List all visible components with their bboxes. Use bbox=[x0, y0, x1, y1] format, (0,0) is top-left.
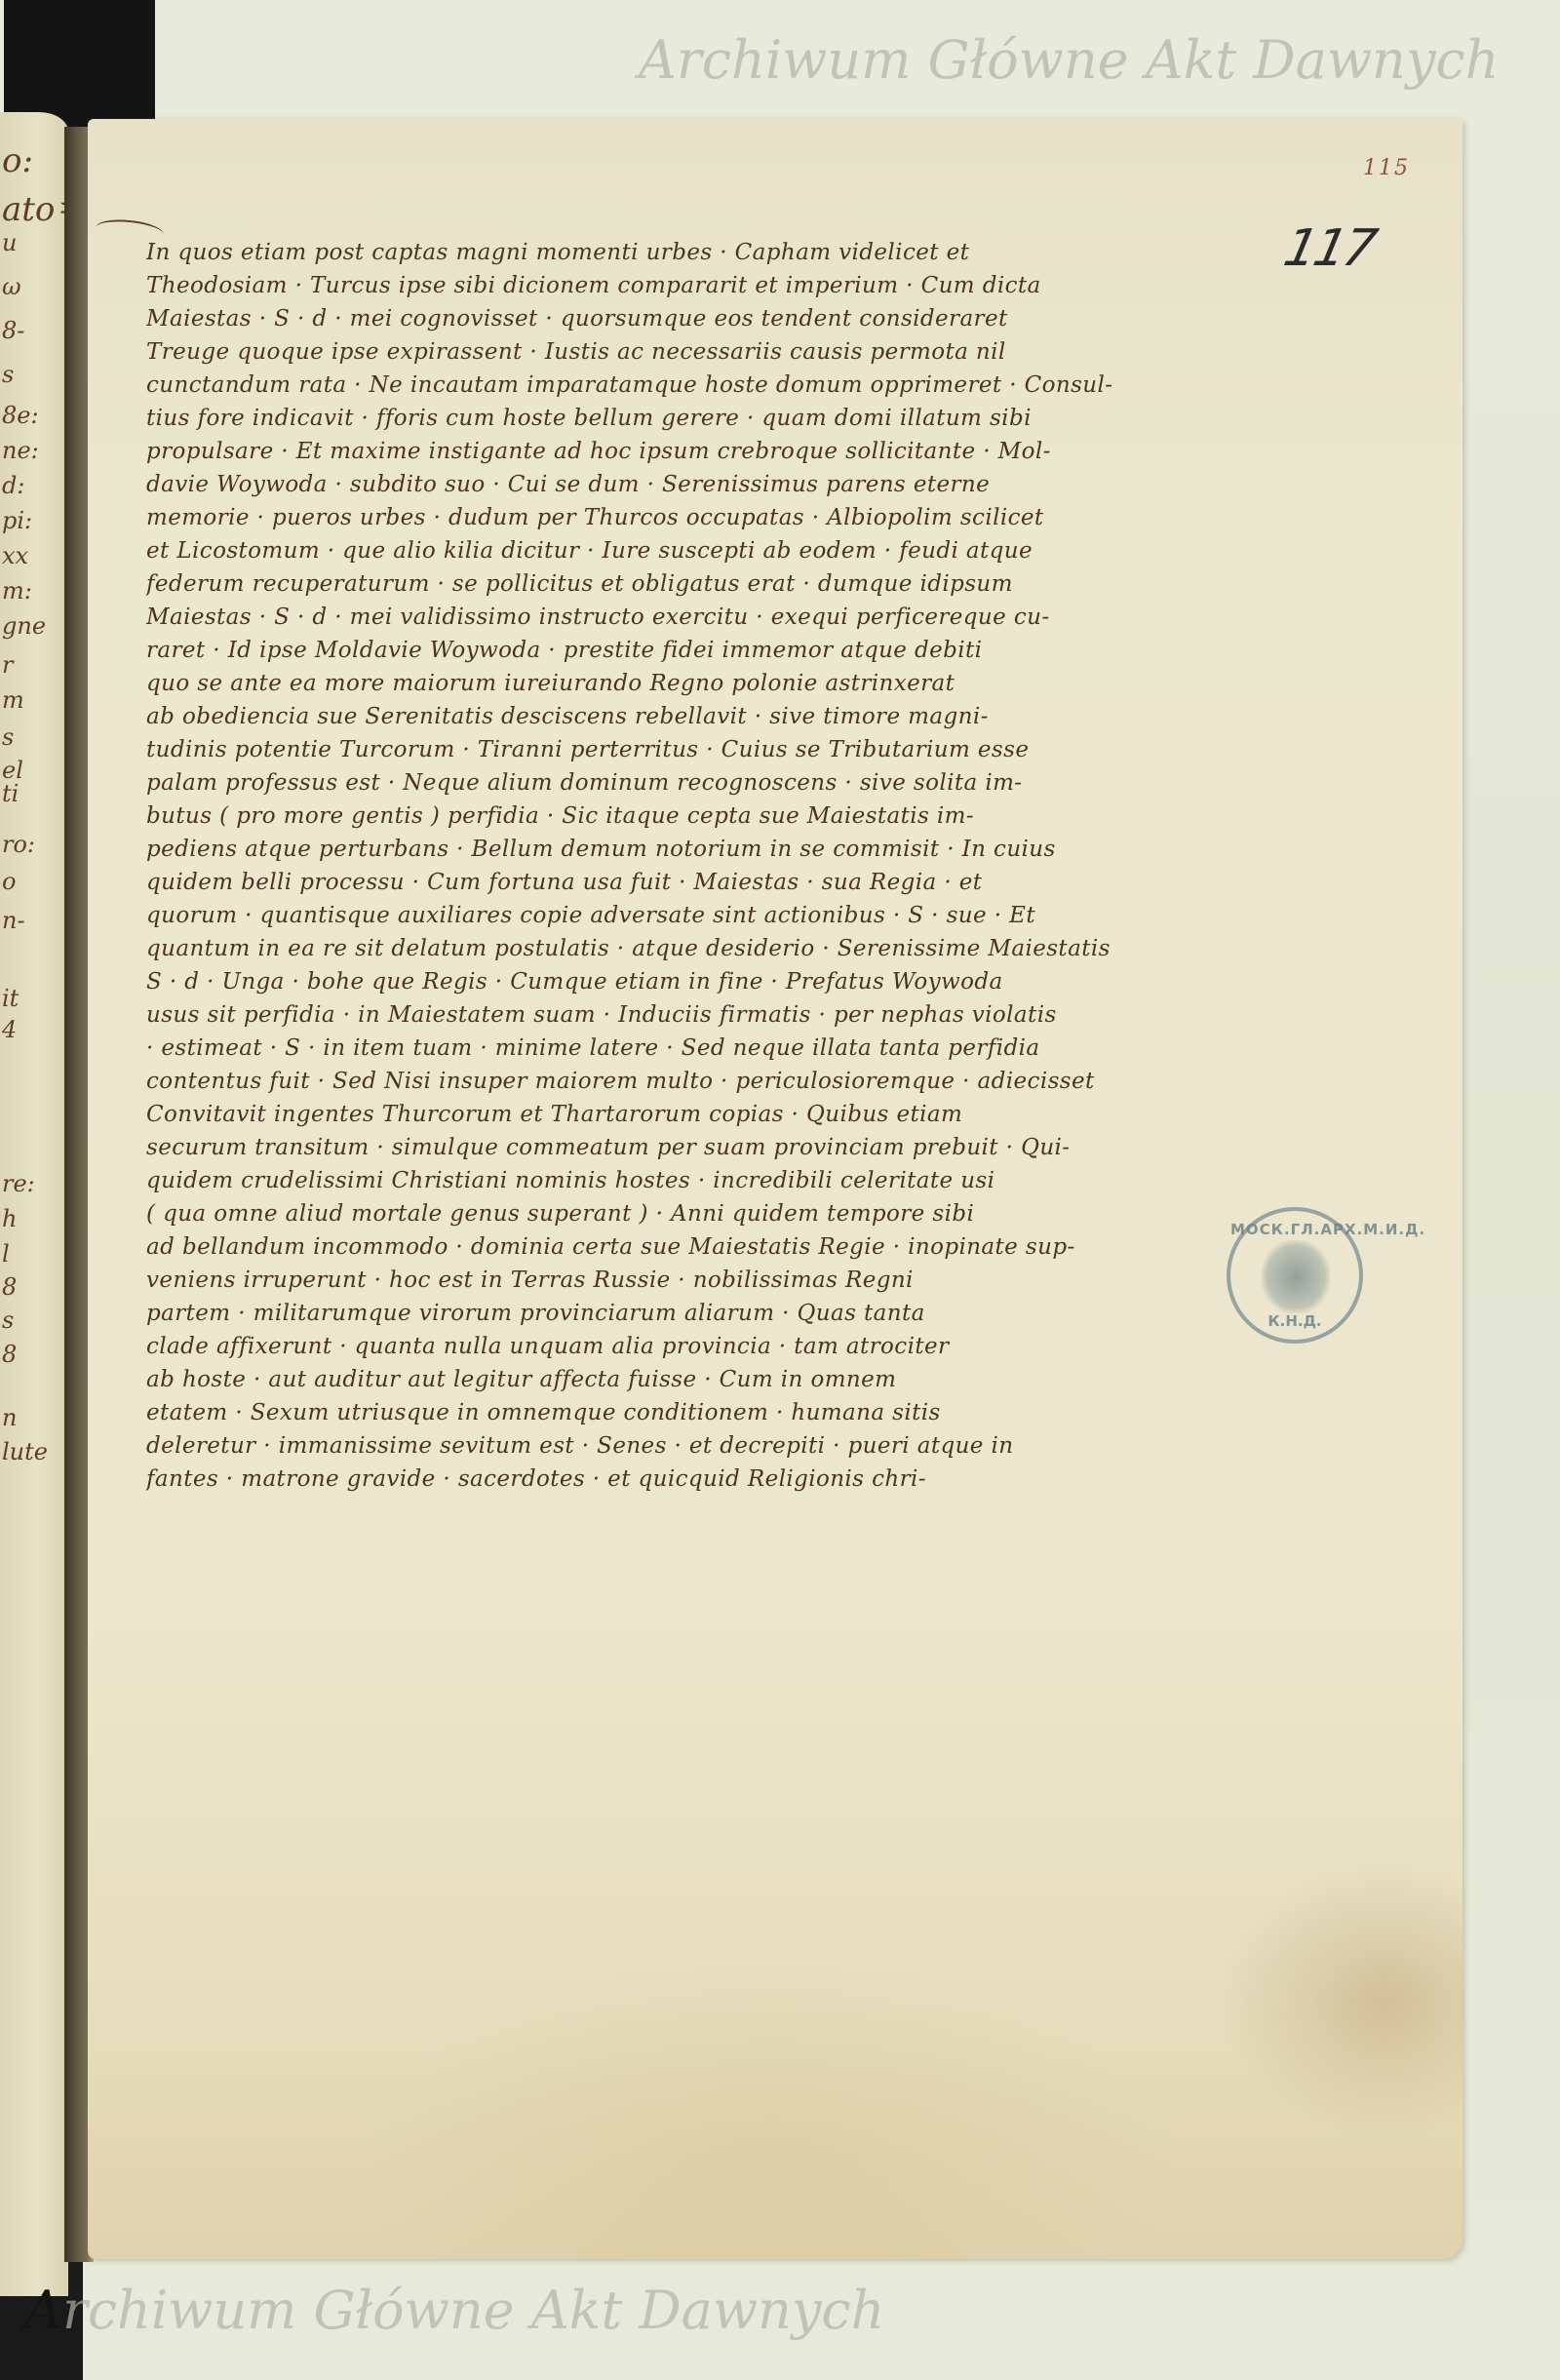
stamp-bottom-text: К.Н.Д. bbox=[1230, 1312, 1359, 1330]
margin-fragment: n bbox=[2, 1404, 17, 1431]
manuscript-line: veniens irruperunt · hoc est in Terras R… bbox=[146, 1264, 1180, 1297]
old-folio-number: 115 bbox=[1363, 156, 1410, 180]
margin-fragment: atoꝛ bbox=[2, 185, 71, 230]
manuscript-line: · estimeat · S · in item tuam · minime l… bbox=[146, 1032, 1180, 1065]
manuscript-line: fantes · matrone gravide · sacerdotes · … bbox=[146, 1463, 1180, 1496]
margin-fragment: o bbox=[2, 868, 16, 895]
manuscript-line: contentus fuit · Sed Nisi insuper maiore… bbox=[146, 1065, 1180, 1098]
manuscript-line: quo se ante ea more maiorum iureiurando … bbox=[146, 667, 1180, 700]
margin-fragment: 8 bbox=[2, 1341, 17, 1368]
manuscript-line: partem · militarumque virorum provinciar… bbox=[146, 1297, 1180, 1330]
manuscript-line: S · d · Unga · bohe que Regis · Cumque e… bbox=[146, 965, 1180, 998]
manuscript-line: Convitavit ingentes Thurcorum et Thartar… bbox=[146, 1098, 1180, 1131]
manuscript-line: Maiestas · S · d · mei validissimo instr… bbox=[146, 601, 1180, 634]
archive-watermark-bottom: Archiwum Główne Akt Dawnych bbox=[24, 2280, 884, 2341]
margin-fragment: s bbox=[2, 723, 14, 751]
manuscript-line: memorie · pueros urbes · dudum per Thurc… bbox=[146, 501, 1180, 534]
margin-fragment: m: bbox=[2, 577, 32, 605]
margin-fragment: ti bbox=[2, 780, 19, 807]
left-facing-page: o:atoꝛuω8-s8e:ne:d:pi:xxm:gnermseltiro:o… bbox=[0, 112, 68, 2296]
margin-fragment: gne bbox=[2, 612, 46, 640]
watermark-first-letter: A bbox=[24, 2280, 62, 2341]
watermark-rest: rchiwum Główne Akt Dawnych bbox=[62, 2280, 884, 2341]
manuscript-line: raret · Id ipse Moldavie Woywoda · prest… bbox=[146, 634, 1180, 667]
margin-fragment: s bbox=[2, 361, 14, 388]
margin-fragment: s bbox=[2, 1307, 14, 1334]
margin-fragment: o: bbox=[2, 141, 33, 180]
manuscript-line: butus ( pro more gentis ) perfidia · Sic… bbox=[146, 800, 1180, 833]
manuscript-line: Maiestas · S · d · mei cognovisset · quo… bbox=[146, 302, 1180, 335]
margin-fragment: 8e: bbox=[2, 402, 39, 429]
margin-fragment: d: bbox=[2, 472, 24, 499]
manuscript-line: quorum · quantisque auxiliares copie adv… bbox=[146, 899, 1180, 932]
new-folio-number: 117 bbox=[1279, 219, 1380, 278]
margin-fragment: ne: bbox=[2, 437, 39, 464]
manuscript-line: cunctandum rata · Ne incautam imparatamq… bbox=[146, 369, 1180, 402]
manuscript-line: ab obediencia sue Serenitatis desciscens… bbox=[146, 700, 1180, 733]
manuscript-line: quidem belli processu · Cum fortuna usa … bbox=[146, 866, 1180, 899]
margin-fragment: it bbox=[2, 985, 19, 1012]
manuscript-line: federum recuperaturum · se pollicitus et… bbox=[146, 567, 1180, 601]
margin-fragment: h bbox=[2, 1205, 17, 1232]
manuscript-line: tius fore indicavit · fforis cum hoste b… bbox=[146, 402, 1180, 435]
manuscript-line: usus sit perfidia · in Maiestatem suam ·… bbox=[146, 998, 1180, 1032]
margin-fragment: m bbox=[2, 686, 24, 714]
margin-fragment: xx bbox=[2, 542, 28, 569]
manuscript-line: propulsare · Et maxime instigante ad hoc… bbox=[146, 435, 1180, 468]
manuscript-line: ad bellandum incommodo · dominia certa s… bbox=[146, 1230, 1180, 1264]
manuscript-line: quantum in ea re sit delatum postulatis … bbox=[146, 932, 1180, 965]
margin-fragment: ro: bbox=[2, 831, 35, 858]
margin-fragment: r bbox=[2, 651, 13, 679]
margin-fragment: l bbox=[2, 1240, 10, 1268]
margin-fragment: re: bbox=[2, 1170, 35, 1197]
manuscript-line: tudinis potentie Turcorum · Tiranni pert… bbox=[146, 733, 1180, 766]
eagle-emblem-icon bbox=[1262, 1240, 1330, 1313]
manuscript-line: clade affixerunt · quanta nulla unquam a… bbox=[146, 1330, 1180, 1363]
margin-fragment: lute bbox=[2, 1438, 48, 1465]
margin-fragment: pi: bbox=[2, 507, 32, 534]
archive-watermark-top: Archiwum Główne Akt Dawnych bbox=[639, 29, 1499, 91]
manuscript-line: davie Woywoda · subdito suo · Cui se dum… bbox=[146, 468, 1180, 501]
manuscript-line: Treuge quoque ipse expirassent · Iustis … bbox=[146, 335, 1180, 369]
manuscript-line: ab hoste · aut auditur aut legitur affec… bbox=[146, 1363, 1180, 1396]
left-page-margin-text: o:atoꝛuω8-s8e:ne:d:pi:xxm:gnermseltiro:o… bbox=[0, 112, 68, 2296]
margin-fragment: 8- bbox=[2, 317, 24, 344]
manuscript-line: deleretur · immanissime sevitum est · Se… bbox=[146, 1429, 1180, 1463]
margin-fragment: 8 bbox=[2, 1273, 17, 1301]
margin-fragment: 4 bbox=[2, 1016, 17, 1043]
manuscript-line: palam professus est · Neque alium dominu… bbox=[146, 766, 1180, 800]
manuscript-line: quidem crudelissimi Christiani nominis h… bbox=[146, 1164, 1180, 1197]
manuscript-line: securum transitum · simulque commeatum p… bbox=[146, 1131, 1180, 1164]
manuscript-line: et Licostomum · que alio kilia dicitur ·… bbox=[146, 534, 1180, 567]
manuscript-line: In quos etiam post captas magni momenti … bbox=[146, 236, 1180, 269]
margin-fragment: u bbox=[2, 229, 17, 256]
archive-stamp-icon: МОСК.ГЛ.АРХ.М.И.Д. К.Н.Д. bbox=[1227, 1207, 1363, 1344]
manuscript-line: ( qua omne aliud mortale genus superant … bbox=[146, 1197, 1180, 1230]
manuscript-text-block: In quos etiam post captas magni momenti … bbox=[146, 236, 1180, 1496]
stamp-top-text: МОСК.ГЛ.АРХ.М.И.Д. bbox=[1230, 1221, 1359, 1238]
margin-fragment: ω bbox=[2, 273, 21, 300]
manuscript-line: etatem · Sexum utriusque in omnemque con… bbox=[146, 1396, 1180, 1429]
margin-fragment: n- bbox=[2, 907, 25, 934]
manuscript-line: pediens atque perturbans · Bellum demum … bbox=[146, 833, 1180, 866]
manuscript-line: Theodosiam · Turcus ipse sibi dicionem c… bbox=[146, 269, 1180, 302]
